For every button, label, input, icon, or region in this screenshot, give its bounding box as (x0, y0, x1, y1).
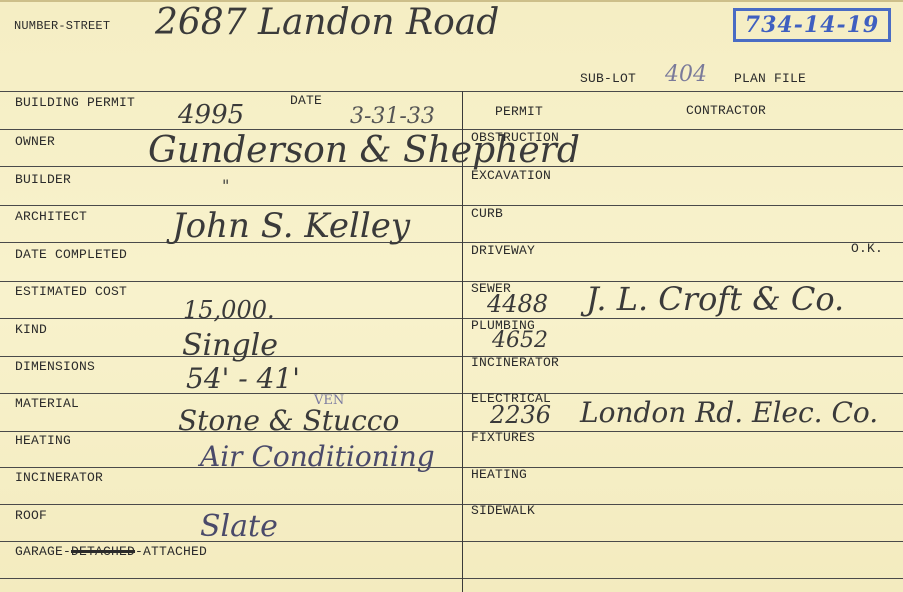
file-number-stamp: 734-14-19 (733, 8, 891, 42)
material-value: Stone & Stucco (178, 404, 399, 437)
builder-value: " (222, 176, 229, 195)
estimated-cost-value: 15,000. (183, 296, 275, 324)
electrical-permit-number: 2236 (490, 401, 551, 429)
material-label: MATERIAL (15, 396, 79, 411)
builder-label: BUILDER (15, 172, 71, 187)
estimated-cost-label: ESTIMATED COST (15, 284, 127, 299)
sub-lot-value: 404 (665, 62, 707, 87)
curb-label: CURB (471, 206, 503, 221)
owner-label: OWNER (15, 134, 55, 149)
rule (0, 393, 903, 394)
sub-lot-label: SUB-LOT (580, 71, 636, 86)
plan-file-label: PLAN FILE (734, 71, 806, 86)
garage-label-struck: DETACHED (71, 544, 135, 559)
excavation-label: EXCAVATION (471, 168, 551, 183)
garage-label: GARAGE-DETACHED-ATTACHED (15, 544, 207, 559)
sewer-contractor: J. L. Croft & Co. (586, 280, 844, 318)
rule (0, 205, 903, 206)
heating-label: HEATING (15, 433, 71, 448)
building-permit-value: 4995 (178, 100, 244, 130)
date-value: 3-31-33 (350, 104, 435, 129)
number-street-value: 2687 Landon Road (155, 2, 499, 43)
rule (0, 318, 903, 319)
plumbing-permit-number: 4652 (492, 328, 548, 353)
fixtures-label: FIXTURES (471, 430, 535, 445)
rule (0, 541, 903, 542)
architect-value: John S. Kelley (172, 206, 410, 246)
kind-value: Single (182, 328, 278, 363)
rule (0, 356, 903, 357)
kind-label: KIND (15, 322, 47, 337)
sidewalk-label: SIDEWALK (471, 503, 535, 518)
rule (0, 431, 903, 432)
driveway-contractor: O.K. (851, 241, 883, 256)
rule (0, 242, 903, 243)
garage-label-prefix: GARAGE- (15, 544, 71, 559)
building-permit-label: BUILDING PERMIT (15, 95, 135, 110)
rule (0, 504, 903, 505)
number-street-label: NUMBER-STREET (14, 19, 110, 33)
obstruction-label: OBSTRUCTION (471, 130, 559, 145)
incinerator-label: INCINERATOR (15, 470, 103, 485)
rule (0, 467, 903, 468)
date-completed-label: DATE COMPLETED (15, 247, 127, 262)
material-annotation: VEN (314, 393, 344, 408)
electrical-contractor: London Rd. Elec. Co. (580, 396, 878, 429)
driveway-label: DRIVEWAY (471, 243, 535, 258)
sewer-permit-number: 4488 (487, 290, 548, 318)
roof-value: Slate (200, 509, 278, 544)
permit-card: NUMBER-STREET 2687 Landon Road 734-14-19… (0, 0, 903, 592)
heating-value: Air Conditioning (200, 440, 435, 473)
permit-column-header: PERMIT (495, 104, 543, 119)
contractor-column-header: CONTRACTOR (686, 103, 766, 118)
dimensions-value: 54' - 41' (186, 362, 300, 395)
rule-header (0, 91, 903, 92)
architect-label: ARCHITECT (15, 209, 87, 224)
roof-label: ROOF (15, 508, 47, 523)
incinerator-permit-label: INCINERATOR (471, 355, 559, 370)
garage-label-suffix: -ATTACHED (135, 544, 207, 559)
rule (0, 578, 903, 579)
heating-permit-label: HEATING (471, 467, 527, 482)
date-label: DATE (290, 93, 322, 108)
dimensions-label: DIMENSIONS (15, 359, 95, 374)
